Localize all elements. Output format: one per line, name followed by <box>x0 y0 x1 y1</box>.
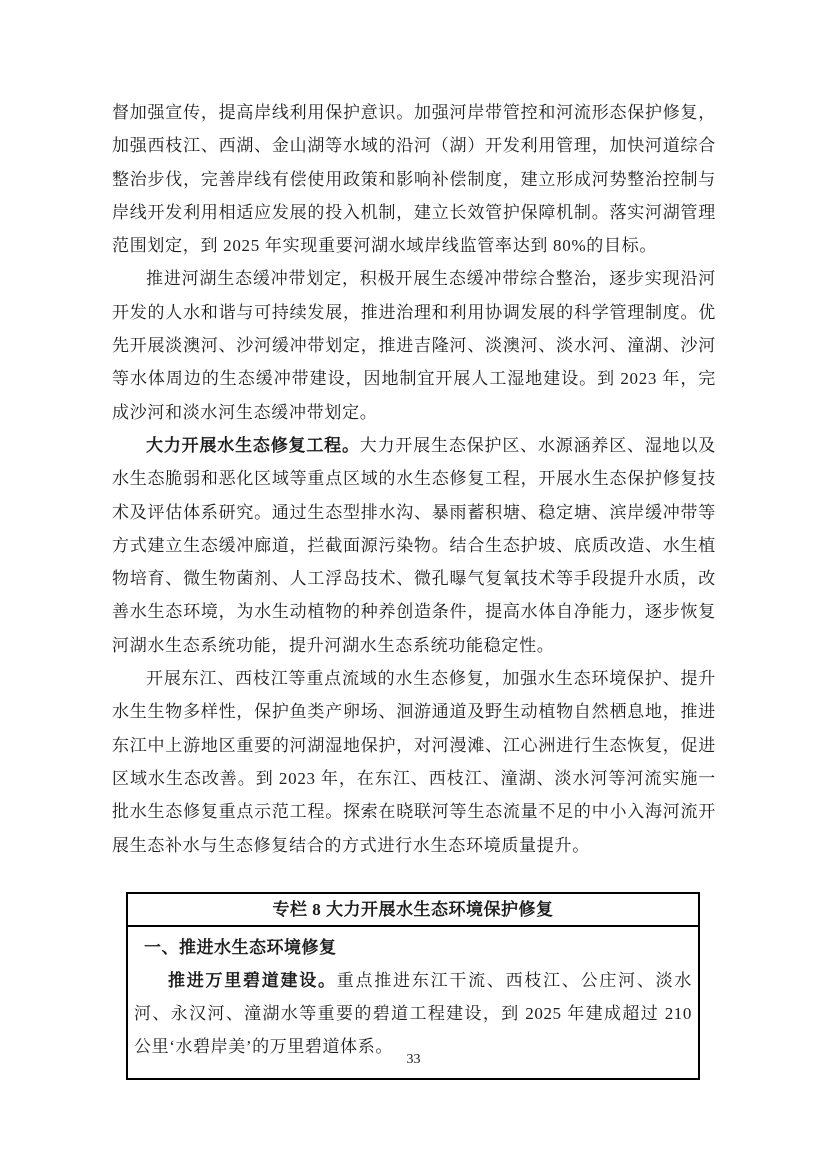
document-page: 督加强宣传，提高岸线利用保护意识。加强河岸带管控和河流形态保护修复，加强西枝江、… <box>0 0 827 1170</box>
column-box-bold-lead: 推进万里碧道建设。 <box>168 971 337 990</box>
body-paragraph-4: 开展东江、西枝江等重点流域的水生态修复，加强水生态环境保护、提升水生生物多样性，… <box>112 662 716 862</box>
column-box-paragraph: 推进万里碧道建设。重点推进东江干流、西枝江、公庄河、淡水河、永汉河、潼湖水等重要… <box>134 964 692 1064</box>
paragraph-bold-lead: 大力开展水生态修复工程。 <box>146 436 360 455</box>
column-box-section-heading: 一、推进水生态环境修复 <box>134 932 692 964</box>
body-paragraph-1: 督加强宣传，提高岸线利用保护意识。加强河岸带管控和河流形态保护修复，加强西枝江、… <box>112 96 716 262</box>
page-number: 33 <box>0 1052 827 1068</box>
paragraph-text: 大力开展生态保护区、水源涵养区、湿地以及水生态脆弱和恶化区域等重点区域的水生态修… <box>112 436 716 655</box>
column-box-title: 专栏 8 大力开展水生态环境保护修复 <box>128 894 698 927</box>
body-paragraph-2: 推进河湖生态缓冲带划定，积极开展生态缓冲带综合整治，逐步实现沿河开发的人水和谐与… <box>112 262 716 428</box>
body-paragraph-3: 大力开展水生态修复工程。大力开展生态保护区、水源涵养区、湿地以及水生态脆弱和恶化… <box>112 429 716 662</box>
